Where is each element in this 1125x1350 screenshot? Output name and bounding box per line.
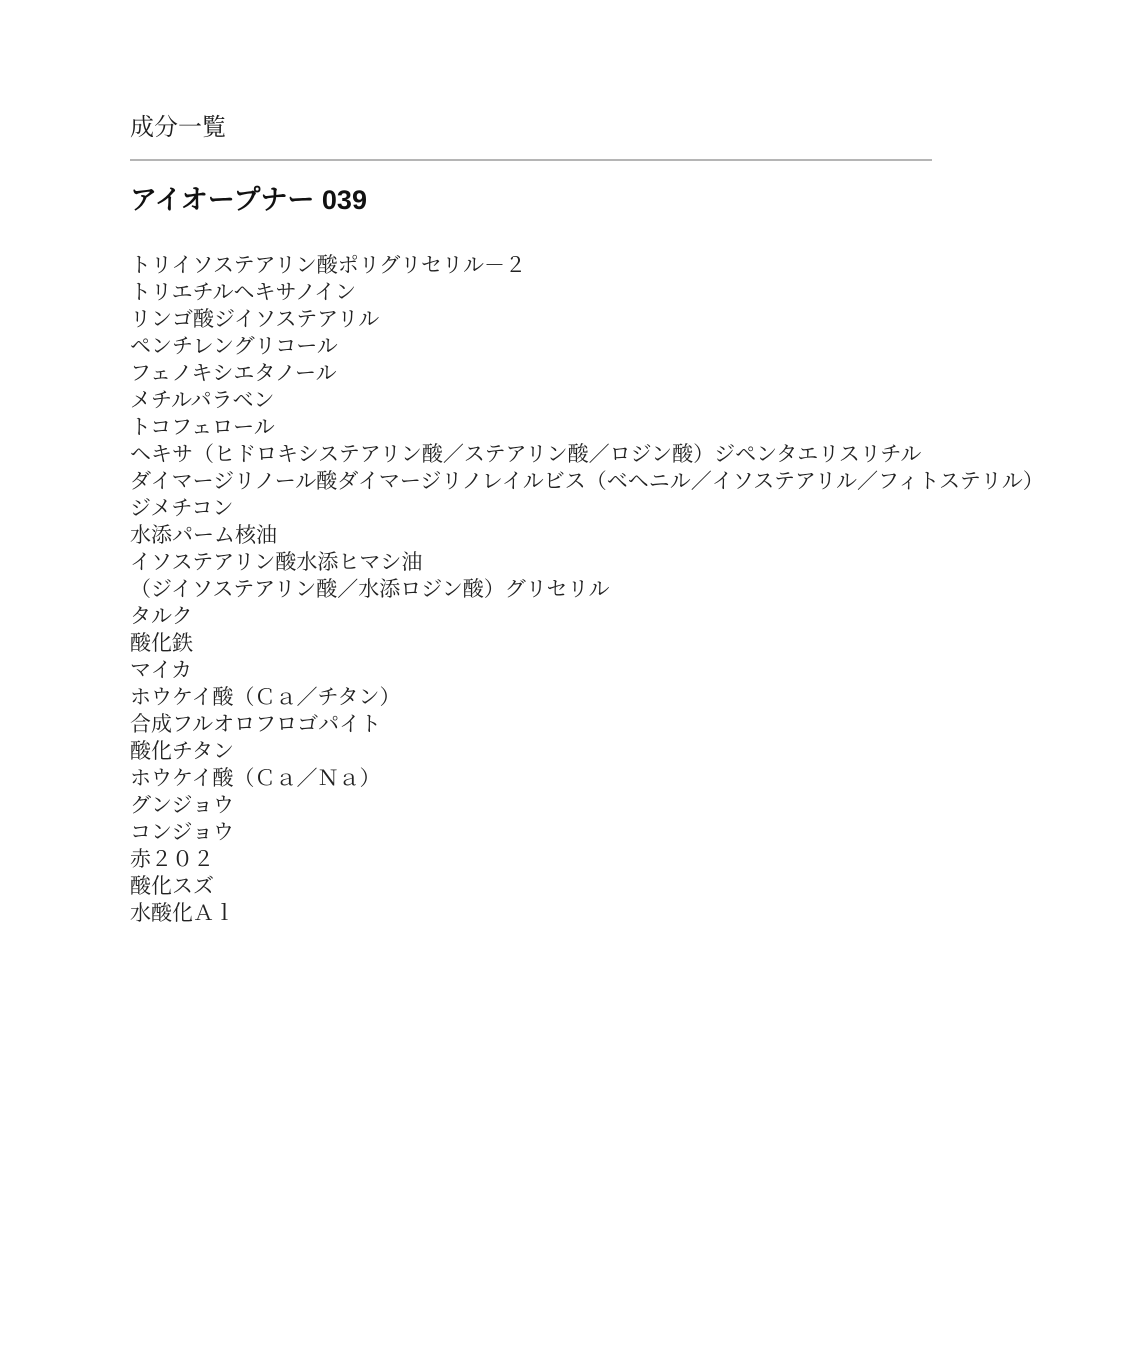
ingredient-item: ダイマージリノール酸ダイマージリノレイルビス（ベヘニル／イソステアリル／フィトス… [130, 468, 1125, 495]
page-title: 成分一覧 [130, 112, 1125, 143]
ingredient-item: 酸化鉄 [130, 630, 1125, 657]
ingredient-item: ジメチコン [130, 495, 1125, 522]
ingredient-item: タルク [130, 603, 1125, 630]
ingredient-item: ホウケイ酸（Ｃａ／Ｎａ） [130, 765, 1125, 792]
ingredient-item: 水酸化Ａｌ [130, 900, 1125, 927]
ingredient-item: トリイソステアリン酸ポリグリセリル－２ [130, 252, 1125, 279]
ingredient-item: 水添パーム核油 [130, 522, 1125, 549]
ingredient-item: マイカ [130, 657, 1125, 684]
ingredient-item: 赤２０２ [130, 846, 1125, 873]
ingredient-item: メチルパラベン [130, 387, 1125, 414]
ingredient-list: トリイソステアリン酸ポリグリセリル－２ トリエチルヘキサノイン リンゴ酸ジイソス… [130, 252, 1125, 927]
ingredient-item: 合成フルオロフロゴパイト [130, 711, 1125, 738]
ingredient-item: イソステアリン酸水添ヒマシ油 [130, 549, 1125, 576]
ingredient-item: ペンチレングリコール [130, 333, 1125, 360]
ingredient-item: （ジイソステアリン酸／水添ロジン酸）グリセリル [130, 576, 1125, 603]
ingredient-item: 酸化チタン [130, 738, 1125, 765]
ingredient-item: ヘキサ（ヒドロキシステアリン酸／ステアリン酸／ロジン酸）ジペンタエリスリチル [130, 441, 1125, 468]
ingredient-item: ホウケイ酸（Ｃａ／チタン） [130, 684, 1125, 711]
ingredient-item: トリエチルヘキサノイン [130, 279, 1125, 306]
title-divider [130, 159, 932, 161]
ingredient-item: グンジョウ [130, 792, 1125, 819]
ingredient-item: フェノキシエタノール [130, 360, 1125, 387]
ingredient-item: トコフェロール [130, 414, 1125, 441]
ingredient-item: 酸化スズ [130, 873, 1125, 900]
ingredient-item: リンゴ酸ジイソステアリル [130, 306, 1125, 333]
ingredient-page: 成分一覧 アイオープナー 039 トリイソステアリン酸ポリグリセリル－２ トリエ… [0, 0, 1125, 927]
product-name: アイオープナー 039 [130, 183, 1125, 218]
ingredient-item: コンジョウ [130, 819, 1125, 846]
